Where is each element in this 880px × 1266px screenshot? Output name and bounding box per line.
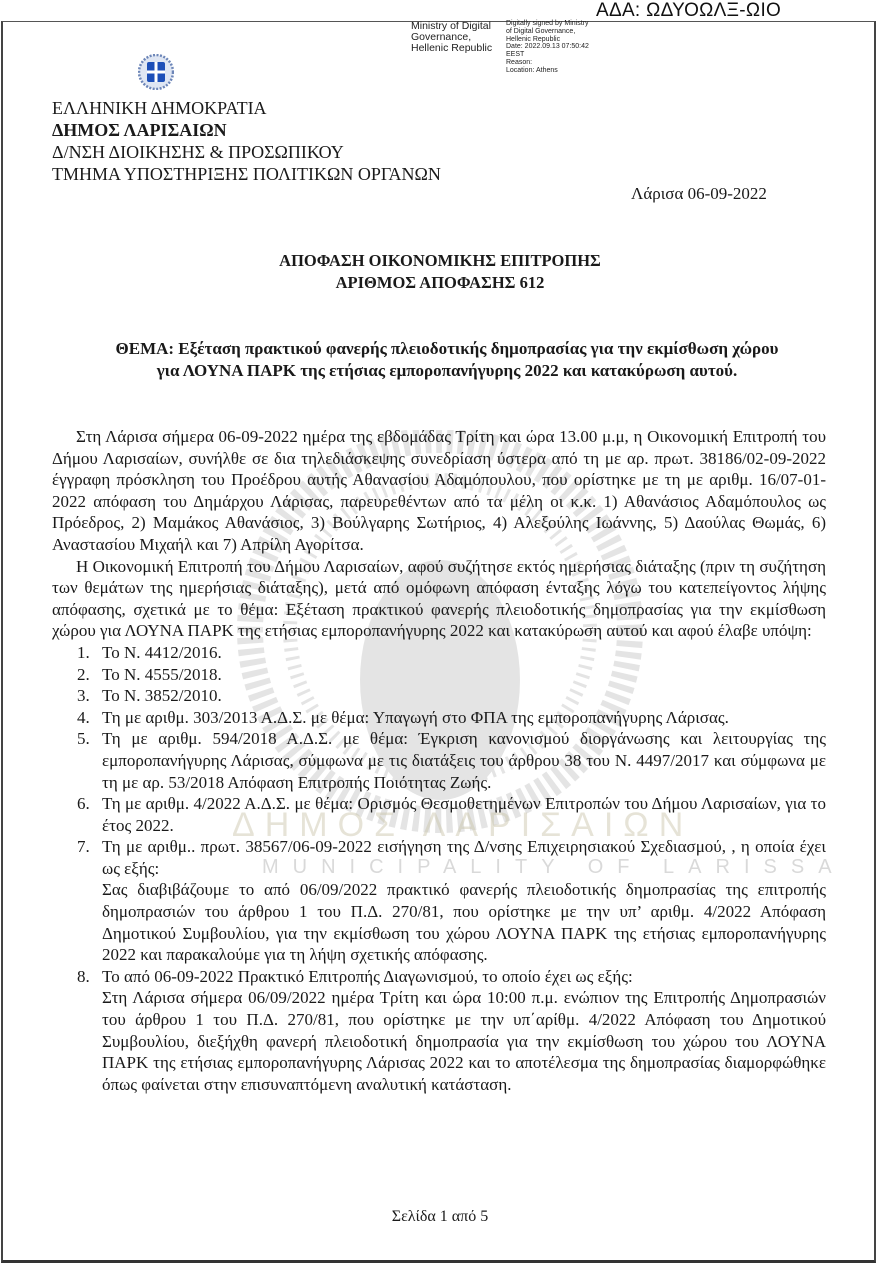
list-item: Το από 06-09-2022 Πρακτικό Επιτροπής Δια… — [94, 966, 826, 1096]
page-number: Σελίδα 1 από 5 — [0, 1208, 880, 1226]
signature-detail-line: Location: Athens — [506, 67, 606, 75]
signature-detail-line: Date: 2022.09.13 07:50:42 — [506, 43, 606, 51]
signature-detail-line: of Digital Governance, — [506, 28, 606, 36]
list-item-quoted-text: Σας διαβιβάζουμε το από 06/09/2022 πρακτ… — [102, 879, 826, 965]
list-item: Τη με αριθμ.. πρωτ. 38567/06-09-2022 εισ… — [94, 836, 826, 966]
title-decision-number: ΑΡΙΘΜΟΣ ΑΠΟΦΑΣΗΣ 612 — [0, 272, 880, 294]
list-item-text: Το Ν. 4555/2018. — [102, 665, 222, 684]
issuer-header: ΕΛΛΗΝΙΚΗ ΔΗΜΟΚΡΑΤΙΑ ΔΗΜΟΣ ΛΑΡΙΣΑΙΩΝ Δ/ΝΣ… — [52, 97, 441, 185]
signature-detail-line: EEST — [506, 51, 606, 59]
list-item: Το Ν. 4555/2018. — [94, 664, 826, 686]
signature-detail-line: Hellenic Republic — [506, 36, 606, 44]
hellenic-republic-emblem-icon — [138, 54, 174, 90]
subject: ΘΕΜΑ: Εξέταση πρακτικού φανερής πλειοδοτ… — [52, 338, 842, 382]
title-line-1: ΑΠΟΦΑΣΗ ΟΙΚΟΝΟΜΙΚΗΣ ΕΠΙΤΡΟΠΗΣ — [0, 250, 880, 272]
document-title: ΑΠΟΦΑΣΗ ΟΙΚΟΝΟΜΙΚΗΣ ΕΠΙΤΡΟΠΗΣ ΑΡΙΘΜΟΣ ΑΠ… — [0, 250, 880, 294]
list-item-text: Τη με αριθμ. 594/2018 Α.Δ.Σ. με θέμα: Έγ… — [102, 729, 826, 791]
list-item: Τη με αριθμ. 303/2013 Α.Δ.Σ. με θέμα: Υπ… — [94, 707, 826, 729]
paragraph-meeting: Στη Λάρισα σήμερα 06-09-2022 ημέρα της ε… — [52, 426, 826, 556]
list-item-quoted-text: Στη Λάρισα σήμερα 06/09/2022 ημέρα Τρίτη… — [102, 987, 826, 1095]
header-directorate: Δ/ΝΣΗ ΔΙΟΙΚΗΣΗΣ & ΠΡΟΣΩΠΙΚΟΥ — [52, 141, 441, 163]
signature-detail-line: Digitally signed by Ministry — [506, 20, 606, 28]
list-item: Το Ν. 4412/2016. — [94, 642, 826, 664]
list-item: Τη με αριθμ. 4/2022 Α.Δ.Σ. με θέμα: Ορισ… — [94, 793, 826, 836]
list-item-text: Τη με αριθμ. 4/2022 Α.Δ.Σ. με θέμα: Ορισ… — [102, 794, 826, 835]
paragraph-committee: Η Οικονομική Επιτροπή του Δήμου Λαρισαίω… — [52, 556, 826, 642]
considerations-list: Το Ν. 4412/2016.Το Ν. 4555/2018.Το Ν. 38… — [52, 642, 826, 1095]
ada-code: ΑΔΑ: ΩΔΥΟΩΛΞ-ΩΙΟ — [596, 0, 781, 22]
document-body: Στη Λάρισα σήμερα 06-09-2022 ημέρα της ε… — [52, 426, 826, 1095]
subject-line-1: ΘΕΜΑ: Εξέταση πρακτικού φανερής πλειοδοτ… — [52, 338, 842, 360]
header-department: ΤΜΗΜΑ ΥΠΟΣΤΗΡΙΞΗΣ ΠΟΛΙΤΙΚΩΝ ΟΡΓΑΝΩΝ — [52, 163, 441, 185]
list-item-text: Το από 06-09-2022 Πρακτικό Επιτροπής Δια… — [102, 967, 633, 986]
header-municipality: ΔΗΜΟΣ ΛΑΡΙΣΑΙΩΝ — [52, 119, 441, 141]
list-item-text: Τη με αριθμ.. πρωτ. 38567/06-09-2022 εισ… — [102, 837, 826, 878]
signature-detail-line: Reason: — [506, 59, 606, 67]
header-republic: ΕΛΛΗΝΙΚΗ ΔΗΜΟΚΡΑΤΙΑ — [52, 97, 441, 119]
subject-line-2: για ΛΟΥΝΑ ΠΑΡΚ της ετήσιας εμποροπανήγυρ… — [52, 360, 842, 382]
list-item: Τη με αριθμ. 594/2018 Α.Δ.Σ. με θέμα: Έγ… — [94, 728, 826, 793]
list-item: Το Ν. 3852/2010. — [94, 685, 826, 707]
place-date: Λάρισα 06-09-2022 — [631, 184, 767, 204]
digital-signature-details: Digitally signed by Ministryof Digital G… — [506, 20, 606, 75]
digital-signature-signer: Ministry of Digital Governance, Hellenic… — [411, 21, 507, 54]
list-item-text: Τη με αριθμ. 303/2013 Α.Δ.Σ. με θέμα: Υπ… — [102, 708, 729, 727]
list-item-text: Το Ν. 4412/2016. — [102, 643, 222, 662]
list-item-text: Το Ν. 3852/2010. — [102, 686, 222, 705]
